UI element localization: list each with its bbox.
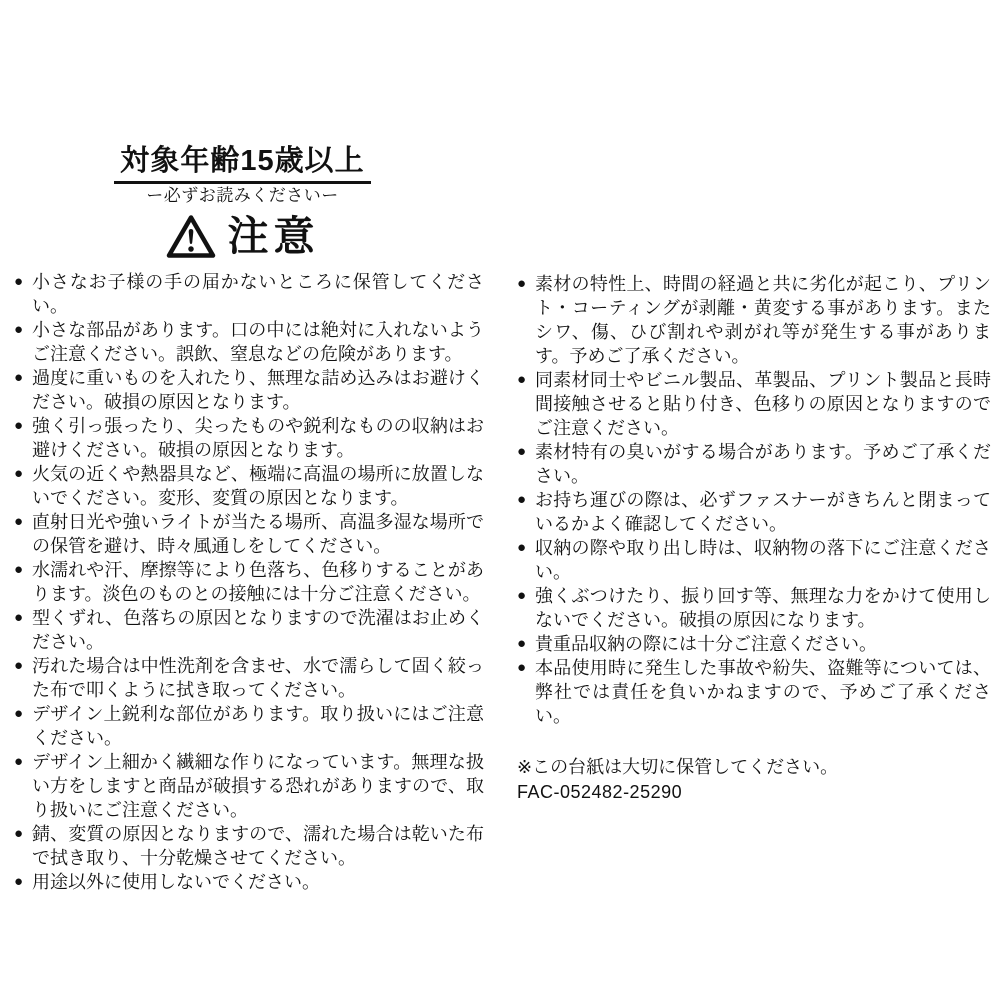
caution-list-right: ●素材の特性上、時間の経過と共に劣化が起こり、プリント・コーティングが剥離・黄変…: [517, 272, 991, 805]
bullet-icon: ●: [14, 510, 32, 534]
read-note: ー必ずお読みくださいー: [0, 186, 485, 206]
caution-item-text: 貴重品収納の際には十分ご注意ください。: [535, 632, 991, 656]
bullet-icon: ●: [14, 366, 32, 390]
caution-item-text: 収納の際や取り出し時は、収納物の落下にご注意ください。: [535, 536, 991, 584]
caution-item-text: 用途以外に使用しないでください。: [32, 870, 484, 894]
bullet-icon: ●: [14, 606, 32, 630]
bullet-icon: ●: [14, 318, 32, 342]
caution-item: ●火気の近くや熱器具など、極端に高温の場所に放置しないでください。変形、変質の原…: [14, 462, 484, 510]
bullet-icon: ●: [14, 414, 32, 438]
bullet-icon: ●: [517, 536, 535, 560]
bullet-icon: ●: [14, 654, 32, 678]
caution-title: 注意: [228, 216, 320, 257]
caution-item: ●デザイン上細かく繊細な作りになっています。無理な扱い方をしますと商品が破損する…: [14, 750, 484, 822]
caution-item: ●素材の特性上、時間の経過と共に劣化が起こり、プリント・コーティングが剥離・黄変…: [517, 272, 991, 368]
bullet-icon: ●: [14, 822, 32, 846]
bullet-icon: ●: [517, 632, 535, 656]
keep-card-note: ※この台紙は大切に保管してください。: [517, 755, 991, 780]
caution-item: ●錆、変質の原因となりますので、濡れた場合は乾いた布で拭き取り、十分乾燥させてく…: [14, 822, 484, 870]
caution-item: ●本品使用時に発生した事故や紛失、盗難等については、弊社では責任を負いかねますの…: [517, 656, 991, 728]
caution-item-text: 小さなお子様の手の届かないところに保管してください。: [32, 270, 484, 318]
caution-item-text: 水濡れや汗、摩擦等により色落ち、色移りすることがあります。淡色のものとの接触には…: [32, 558, 484, 606]
caution-item-text: 素材の特性上、時間の経過と共に劣化が起こり、プリント・コーティングが剥離・黄変す…: [535, 272, 991, 368]
bullet-icon: ●: [14, 750, 32, 774]
bullet-icon: ●: [517, 656, 535, 680]
age-restriction-heading: 対象年齢15歳以上: [0, 145, 485, 184]
caution-item: ●強くぶつけたり、振り回す等、無理な力をかけて使用しないでください。破損の原因に…: [517, 584, 991, 632]
caution-item-text: 火気の近くや熱器具など、極端に高温の場所に放置しないでください。変形、変質の原因…: [32, 462, 484, 510]
bullet-icon: ●: [14, 462, 32, 486]
footer: ※この台紙は大切に保管してください。 FAC-052482-25290: [517, 755, 991, 805]
caution-item-text: 汚れた場合は中性洗剤を含ませ、水で濡らして固く絞った布で叩くように拭き取ってくだ…: [32, 654, 484, 702]
caution-item-text: 素材特有の臭いがする場合があります。予めご了承ください。: [535, 440, 991, 488]
caution-item: ●水濡れや汗、摩擦等により色落ち、色移りすることがあります。淡色のものとの接触に…: [14, 558, 484, 606]
caution-item: ●汚れた場合は中性洗剤を含ませ、水で濡らして固く絞った布で叩くように拭き取ってく…: [14, 654, 484, 702]
caution-item: ●デザイン上鋭利な部位があります。取り扱いにはご注意ください。: [14, 702, 484, 750]
caution-item-text: お持ち運びの際は、必ずファスナーがきちんと閉まっているかよく確認してください。: [535, 488, 991, 536]
caution-item: ●用途以外に使用しないでください。: [14, 870, 484, 894]
bullet-icon: ●: [14, 558, 32, 582]
caution-item-text: 型くずれ、色落ちの原因となりますので洗濯はお止めください。: [32, 606, 484, 654]
product-code: FAC-052482-25290: [517, 780, 991, 805]
caution-list-left: ●小さなお子様の手の届かないところに保管してください。 ●小さな部品があります。…: [14, 270, 484, 894]
caution-item: ●強く引っ張ったり、尖ったものや鋭利なものの収納はお避けください。破損の原因とな…: [14, 414, 484, 462]
caution-item-text: デザイン上鋭利な部位があります。取り扱いにはご注意ください。: [32, 702, 484, 750]
caution-item-text: 本品使用時に発生した事故や紛失、盗難等については、弊社では責任を負いかねますので…: [535, 656, 991, 728]
bullet-icon: ●: [517, 488, 535, 512]
bullet-icon: ●: [517, 272, 535, 296]
caution-item-text: 錆、変質の原因となりますので、濡れた場合は乾いた布で拭き取り、十分乾燥させてくだ…: [32, 822, 484, 870]
caution-item-text: 強く引っ張ったり、尖ったものや鋭利なものの収納はお避けください。破損の原因となり…: [32, 414, 484, 462]
caution-item-text: 同素材同士やビニル製品、革製品、プリント製品と長時間接触させると貼り付き、色移り…: [535, 368, 991, 440]
caution-item: ●収納の際や取り出し時は、収納物の落下にご注意ください。: [517, 536, 991, 584]
bullet-icon: ●: [517, 440, 535, 464]
caution-card-page: 対象年齢15歳以上 ー必ずお読みくださいー 注意 ●小さなお子様の手の届かないと…: [0, 0, 1000, 1000]
caution-item: ●貴重品収納の際には十分ご注意ください。: [517, 632, 991, 656]
warning-triangle-icon: [166, 214, 216, 259]
caution-item-text: 強くぶつけたり、振り回す等、無理な力をかけて使用しないでください。破損の原因にな…: [535, 584, 991, 632]
caution-item: ●お持ち運びの際は、必ずファスナーがきちんと閉まっているかよく確認してください。: [517, 488, 991, 536]
caution-item: ●同素材同士やビニル製品、革製品、プリント製品と長時間接触させると貼り付き、色移…: [517, 368, 991, 440]
caution-item: ●小さなお子様の手の届かないところに保管してください。: [14, 270, 484, 318]
caution-item: ●過度に重いものを入れたり、無理な詰め込みはお避けください。破損の原因となります…: [14, 366, 484, 414]
caution-item: ●型くずれ、色落ちの原因となりますので洗濯はお止めください。: [14, 606, 484, 654]
header: 対象年齢15歳以上 ー必ずお読みくださいー 注意: [0, 145, 485, 259]
bullet-icon: ●: [14, 702, 32, 726]
bullet-icon: ●: [14, 270, 32, 294]
bullet-icon: ●: [517, 368, 535, 392]
caution-item: ●小さな部品があります。口の中には絶対に入れないようご注意ください。誤飲、窒息な…: [14, 318, 484, 366]
caution-item: ●直射日光や強いライトが当たる場所、高温多湿な場所での保管を避け、時々風通しをし…: [14, 510, 484, 558]
caution-item: ●素材特有の臭いがする場合があります。予めご了承ください。: [517, 440, 991, 488]
bullet-icon: ●: [14, 870, 32, 894]
caution-item-text: デザイン上細かく繊細な作りになっています。無理な扱い方をしますと商品が破損する恐…: [32, 750, 484, 822]
bullet-icon: ●: [517, 584, 535, 608]
age-restriction-text: 対象年齢15歳以上: [114, 145, 370, 184]
caution-item-text: 過度に重いものを入れたり、無理な詰め込みはお避けください。破損の原因となります。: [32, 366, 484, 414]
caution-item-text: 小さな部品があります。口の中には絶対に入れないようご注意ください。誤飲、窒息など…: [32, 318, 484, 366]
caution-heading: 注意: [0, 214, 485, 259]
caution-item-text: 直射日光や強いライトが当たる場所、高温多湿な場所での保管を避け、時々風通しをして…: [32, 510, 484, 558]
